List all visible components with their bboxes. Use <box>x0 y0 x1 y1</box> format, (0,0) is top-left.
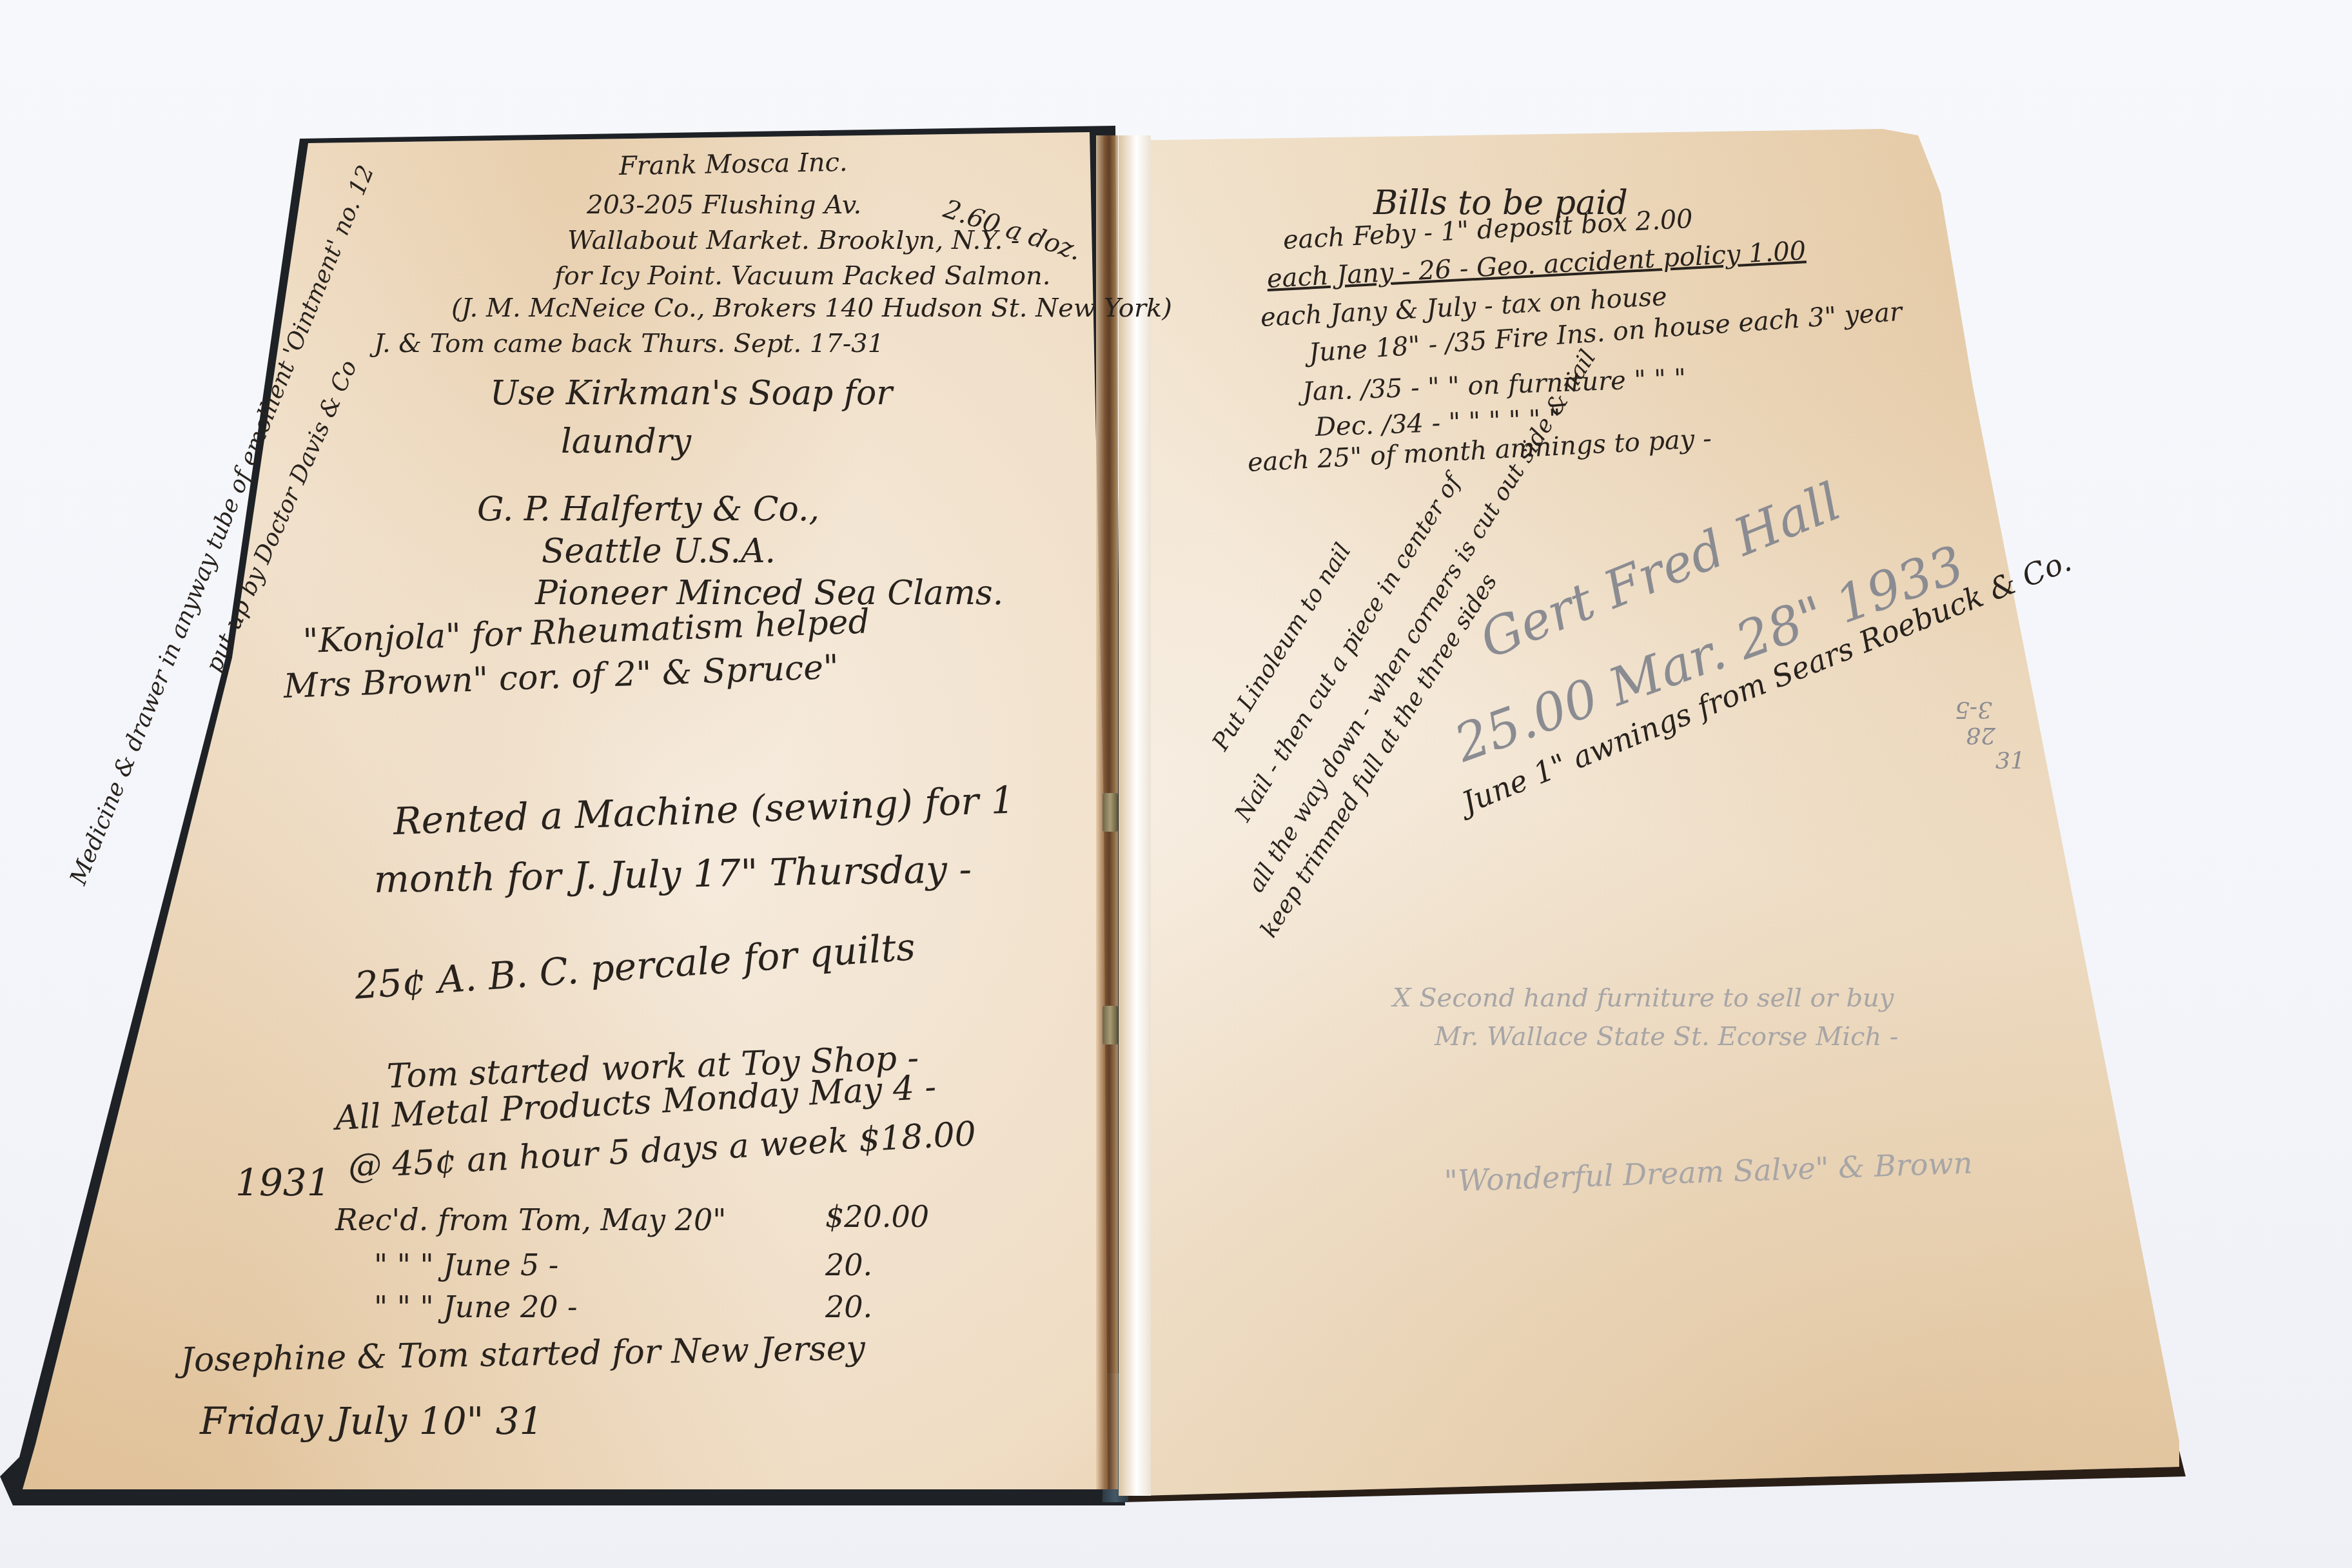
laundry-line-1: Use Kirkman's Soap for <box>490 374 892 413</box>
side-calc: 31 <box>1995 748 2025 774</box>
payment-label: " " " June 5 - <box>374 1248 558 1282</box>
faint-note-line-2: Mr. Wallace State St. Ecorse Mich - <box>1435 1022 1898 1052</box>
page-stack-edge <box>1119 135 1151 1496</box>
frank-mosca-line-2: 203-205 Flushing Av. <box>587 190 861 220</box>
came-back-note: J. & Tom came back Thurs. Sept. 17-31 <box>374 329 884 358</box>
halferty-line-2: Seattle U.S.A. <box>542 532 776 571</box>
payment-label: Rec'd. from Tom, May 20" <box>335 1202 726 1237</box>
notebook-photo: put up by Doctor Davis & Co Medicine & d… <box>0 0 2352 1568</box>
toy-shop-year: 1931 <box>235 1161 331 1204</box>
faint-note-line-1: X Second hand furniture to sell or buy <box>1393 983 1894 1013</box>
halferty-line-1: G. P. Halferty & Co., <box>477 490 819 529</box>
laundry-line-2: laundry <box>561 422 691 461</box>
side-calc: 28 <box>1966 722 1995 749</box>
frank-mosca-line-1: Frank Mosca Inc. <box>619 148 848 181</box>
binding-staple <box>1102 1006 1118 1044</box>
frank-mosca-line-4: for Icy Point. Vacuum Packed Salmon. <box>554 261 1050 291</box>
payment-amount: 20. <box>825 1289 872 1324</box>
payment-label: " " " June 20 - <box>374 1289 578 1324</box>
frank-mosca-line-3: Wallabout Market. Brooklyn, N.Y. - <box>567 226 1019 255</box>
broker-note: (J. M. McNeice Co., Brokers 140 Hudson S… <box>451 293 1172 323</box>
binding-staple <box>1102 793 1118 832</box>
new-jersey-line-2: Friday July 10" 31 <box>200 1399 544 1443</box>
side-calc: 3-5 <box>1955 696 1992 723</box>
payment-amount: $20.00 <box>825 1199 929 1234</box>
payment-amount: 20. <box>825 1248 872 1282</box>
